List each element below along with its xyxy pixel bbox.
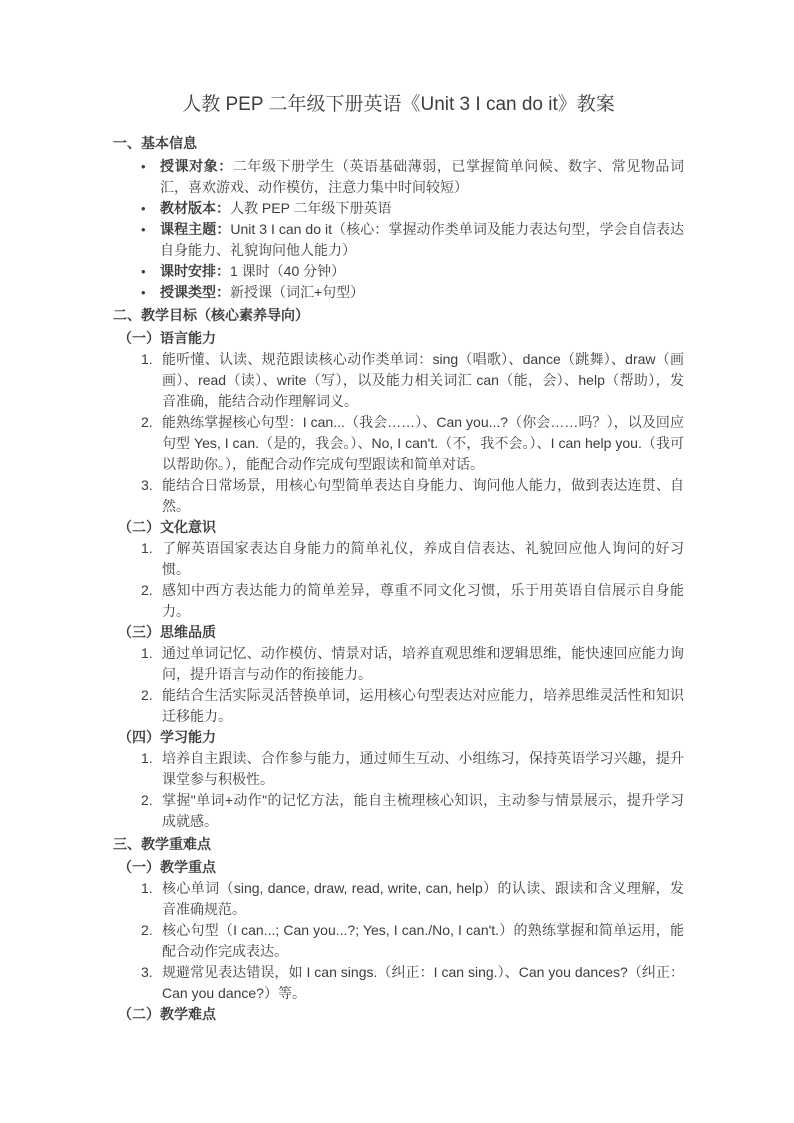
item-text: 核心句型（I can...; Can you...?; Yes, I can./…: [162, 922, 684, 959]
sub-heading-cultural-awareness: （二）文化意识: [113, 517, 684, 538]
list-item-teaching-audience: •授课对象：二年级下册学生（英语基础薄弱，已掌握简单问候、数字、常见物品词汇，喜…: [113, 156, 684, 198]
item-number: 1.: [141, 349, 153, 370]
item-text: 掌握"单词+动作"的记忆方法，能自主梳理核心知识，主动参与情景展示，提升学习成就…: [162, 792, 684, 829]
item-number: 1.: [141, 878, 153, 899]
item-text: 了解英语国家表达自身能力的简单礼仪，养成自信表达、礼貌回应他人询问的好习惯。: [162, 540, 684, 577]
item-text: 能听懂、认读、规范跟读核心动作类单词：sing（唱歌）、dance（跳舞）、dr…: [162, 351, 684, 409]
bullet-icon: •: [141, 219, 146, 240]
item-text: 1 课时（40 分钟）: [230, 263, 345, 279]
numbered-item: 2.感知中西方表达能力的简单差异，尊重不同文化习惯，乐于用英语自信展示自身能力。: [113, 580, 684, 622]
numbered-item: 1.培养自主跟读、合作参与能力，通过师生互动、小组练习，保持英语学习兴趣，提升课…: [113, 748, 684, 790]
document-page: 人教 PEP 二年级下册英语《Unit 3 I can do it》教案 一、基…: [0, 0, 794, 1123]
numbered-item: 3.能结合日常场景，用核心句型简单表达自身能力、询问他人能力，做到表达连贯、自然…: [113, 475, 684, 517]
item-text: 规避常见表达错误，如 I can sings.（纠正：I can sing.）、…: [162, 964, 684, 1001]
section-heading-key-difficult-points: 三、教学重难点: [113, 834, 684, 855]
item-number: 2.: [141, 685, 153, 706]
bullet-icon: •: [141, 261, 146, 282]
numbered-item: 1.了解英语国家表达自身能力的简单礼仪，养成自信表达、礼貌回应他人询问的好习惯。: [113, 538, 684, 580]
item-text: 能结合日常场景，用核心句型简单表达自身能力、询问他人能力，做到表达连贯、自然。: [162, 477, 684, 514]
item-text: 培养自主跟读、合作参与能力，通过师生互动、小组练习，保持英语学习兴趣，提升课堂参…: [162, 750, 684, 787]
list-item-textbook-version: •教材版本：人教 PEP 二年级下册英语: [113, 198, 684, 219]
numbered-item: 1.通过单词记忆、动作模仿、情景对话，培养直观思维和逻辑思维，能快速回应能力询问…: [113, 643, 684, 685]
item-number: 2.: [141, 920, 153, 941]
item-number: 1.: [141, 748, 153, 769]
numbered-item: 1.能听懂、认读、规范跟读核心动作类单词：sing（唱歌）、dance（跳舞）、…: [113, 349, 684, 412]
sub-heading-language-ability: （一）语言能力: [113, 328, 684, 349]
bullet-icon: •: [141, 282, 146, 303]
sub-heading-teaching-difficult-points: （二）教学难点: [113, 1004, 684, 1025]
item-text: 核心单词（sing, dance, draw, read, write, can…: [162, 880, 684, 917]
item-text: 通过单词记忆、动作模仿、情景对话，培养直观思维和逻辑思维，能快速回应能力询问，提…: [162, 645, 684, 682]
bullet-icon: •: [141, 198, 146, 219]
item-text: 人教 PEP 二年级下册英语: [230, 200, 392, 216]
sub-heading-teaching-key-points: （一）教学重点: [113, 857, 684, 878]
item-number: 2.: [141, 580, 153, 601]
item-label: 授课对象：: [160, 158, 233, 174]
list-item-lesson-type: •授课类型：新授课（词汇+句型）: [113, 282, 684, 303]
item-text: 感知中西方表达能力的简单差异，尊重不同文化习惯，乐于用英语自信展示自身能力。: [162, 582, 684, 619]
item-number: 1.: [141, 643, 153, 664]
numbered-item: 2.核心句型（I can...; Can you...?; Yes, I can…: [113, 920, 684, 962]
list-item-course-topic: •课程主题：Unit 3 I can do it（核心：掌握动作类单词及能力表达…: [113, 219, 684, 261]
item-label: 课程主题：: [160, 221, 230, 237]
item-label: 授课类型：: [160, 284, 230, 300]
item-text: 能结合生活实际灵活替换单词，运用核心句型表达对应能力，培养思维灵活性和知识迁移能…: [162, 687, 684, 724]
numbered-item: 2.能结合生活实际灵活替换单词，运用核心句型表达对应能力，培养思维灵活性和知识迁…: [113, 685, 684, 727]
item-number: 3.: [141, 962, 153, 983]
page-title: 人教 PEP 二年级下册英语《Unit 3 I can do it》教案: [113, 92, 684, 118]
numbered-item: 2.掌握"单词+动作"的记忆方法，能自主梳理核心知识，主动参与情景展示，提升学习…: [113, 790, 684, 832]
item-text: Unit 3 I can do it（核心：掌握动作类单词及能力表达句型，学会自…: [160, 221, 684, 258]
item-label: 教材版本：: [160, 200, 230, 216]
item-number: 3.: [141, 475, 153, 496]
sub-heading-learning-ability: （四）学习能力: [113, 727, 684, 748]
numbered-item: 3.规避常见表达错误，如 I can sings.（纠正：I can sing.…: [113, 962, 684, 1004]
numbered-item: 2.能熟练掌握核心句型：I can...（我会……）、Can you...?（你…: [113, 412, 684, 475]
section-heading-basic-info: 一、基本信息: [113, 133, 684, 154]
list-item-lesson-schedule: •课时安排：1 课时（40 分钟）: [113, 261, 684, 282]
item-text: 新授课（词汇+句型）: [230, 284, 364, 300]
bullet-icon: •: [141, 156, 146, 177]
item-text: 能熟练掌握核心句型：I can...（我会……）、Can you...?（你会……: [162, 414, 684, 472]
section-heading-teaching-goals: 二、教学目标（核心素养导向）: [113, 305, 684, 326]
item-number: 2.: [141, 412, 153, 433]
sub-heading-thinking-quality: （三）思维品质: [113, 622, 684, 643]
item-text: 二年级下册学生（英语基础薄弱，已掌握简单问候、数字、常见物品词汇，喜欢游戏、动作…: [160, 158, 684, 195]
numbered-item: 1.核心单词（sing, dance, draw, read, write, c…: [113, 878, 684, 920]
item-number: 1.: [141, 538, 153, 559]
item-label: 课时安排：: [160, 263, 230, 279]
item-number: 2.: [141, 790, 153, 811]
